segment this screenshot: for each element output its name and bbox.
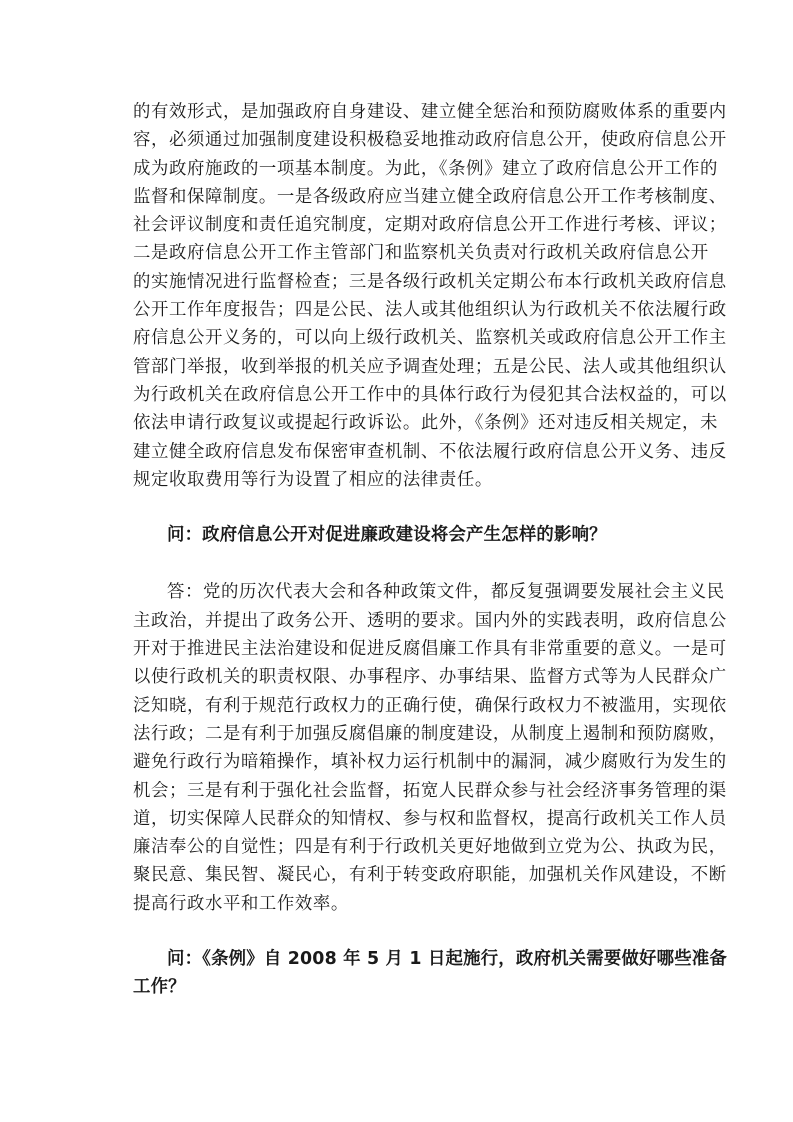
text-line: 聚民意、集民智、凝民心，有利于转变政府职能，加强机关作风建设，不断: [133, 861, 659, 889]
text-line: 府信息公开义务的，可以向上级行政机关、监察机关或政府信息公开工作主: [133, 324, 659, 352]
text-line: 监督和保障制度。一是各级政府应当建立健全政府信息公开工作考核制度、: [133, 183, 659, 211]
text-line: 法行政；二是有利于加强反腐倡廉的制度建设，从制度上遏制和预防腐败，: [133, 720, 659, 748]
text-line: 泛知晓，有利于规范行政权力的正确行使，确保行政权力不被滥用，实现依: [133, 692, 659, 720]
text-line: 公开工作年度报告；四是公民、法人或其他组织认为行政机关不依法履行政: [133, 296, 659, 324]
text-line: 工作？: [133, 973, 659, 1001]
text-line: 的有效形式，是加强政府自身建设、建立健全惩治和预防腐败体系的重要内: [133, 98, 659, 126]
paragraph-spacer: [133, 918, 659, 945]
text-line: 避免行政行为暗箱操作，填补权力运行机制中的漏洞，减少腐败行为发生的: [133, 748, 659, 776]
text-line: 主政治，并提出了政务公开、透明的要求。国内外的实践表明，政府信息公: [133, 607, 659, 635]
paragraph-spacer: [133, 549, 659, 578]
text-line: 机会；三是有利于强化社会监督，拓宽人民群众参与社会经济事务管理的渠: [133, 777, 659, 805]
text-line: 建立健全政府信息发布保密审查机制、不依法履行政府信息公开义务、违反: [133, 438, 659, 466]
text-line: 提高行政水平和工作效率。: [133, 890, 659, 918]
text-line: 社会评议制度和责任追究制度，定期对政府信息公开工作进行考核、评议；: [133, 211, 659, 239]
question-heading-anticorruption: 问：政府信息公开对促进廉政建设将会产生怎样的影响？: [133, 521, 659, 549]
answer-paragraph-anticorruption: 答：党的历次代表大会和各种政策文件，都反复强调要发展社会主义民 主政治，并提出了…: [133, 578, 659, 918]
text-line: 答：党的历次代表大会和各种政策文件，都反复强调要发展社会主义民: [133, 578, 659, 606]
text-line: 规定收取费用等行为设置了相应的法律责任。: [133, 466, 659, 494]
text-line: 成为政府施政的一项基本制度。为此，《条例》建立了政府信息公开工作的: [133, 155, 659, 183]
paragraph-supervision-system: 的有效形式，是加强政府自身建设、建立健全惩治和预防腐败体系的重要内 容，必须通过…: [133, 98, 659, 494]
text-line: 二是政府信息公开工作主管部门和监察机关负责对行政机关政府信息公开: [133, 239, 659, 267]
text-line: 为行政机关在政府信息公开工作中的具体行政行为侵犯其合法权益的，可以: [133, 381, 659, 409]
text-line: 开对于推进民主法治建设和促进反腐倡廉工作具有非常重要的意义。一是可: [133, 635, 659, 663]
text-line: 容，必须通过加强制度建设积极稳妥地推动政府信息公开，使政府信息公开: [133, 126, 659, 154]
text-line: 以使行政机关的职责权限、办事程序、办事结果、监督方式等为人民群众广: [133, 663, 659, 691]
text-line: 道，切实保障人民群众的知情权、参与权和监督权，提高行政机关工作人员: [133, 805, 659, 833]
text-line: 廉洁奉公的自觉性；四是有利于行政机关更好地做到立党为公、执政为民，: [133, 833, 659, 861]
text-line: 管部门举报，收到举报的机关应予调查处理；五是公民、法人或其他组织认: [133, 353, 659, 381]
question-heading-preparation: 问：《条例》自 2008 年 5 月 1 日起施行，政府机关需要做好哪些准备 工…: [133, 945, 659, 1002]
text-line: 问：《条例》自 2008 年 5 月 1 日起施行，政府机关需要做好哪些准备: [133, 945, 659, 973]
text-line: 的实施情况进行监督检查；三是各级行政机关定期公布本行政机关政府信息: [133, 268, 659, 296]
document-page: 的有效形式，是加强政府自身建设、建立健全惩治和预防腐败体系的重要内 容，必须通过…: [133, 98, 659, 1002]
text-line: 依法申请行政复议或提起行政诉讼。此外，《条例》还对违反相关规定，未: [133, 409, 659, 437]
paragraph-spacer: [133, 494, 659, 521]
